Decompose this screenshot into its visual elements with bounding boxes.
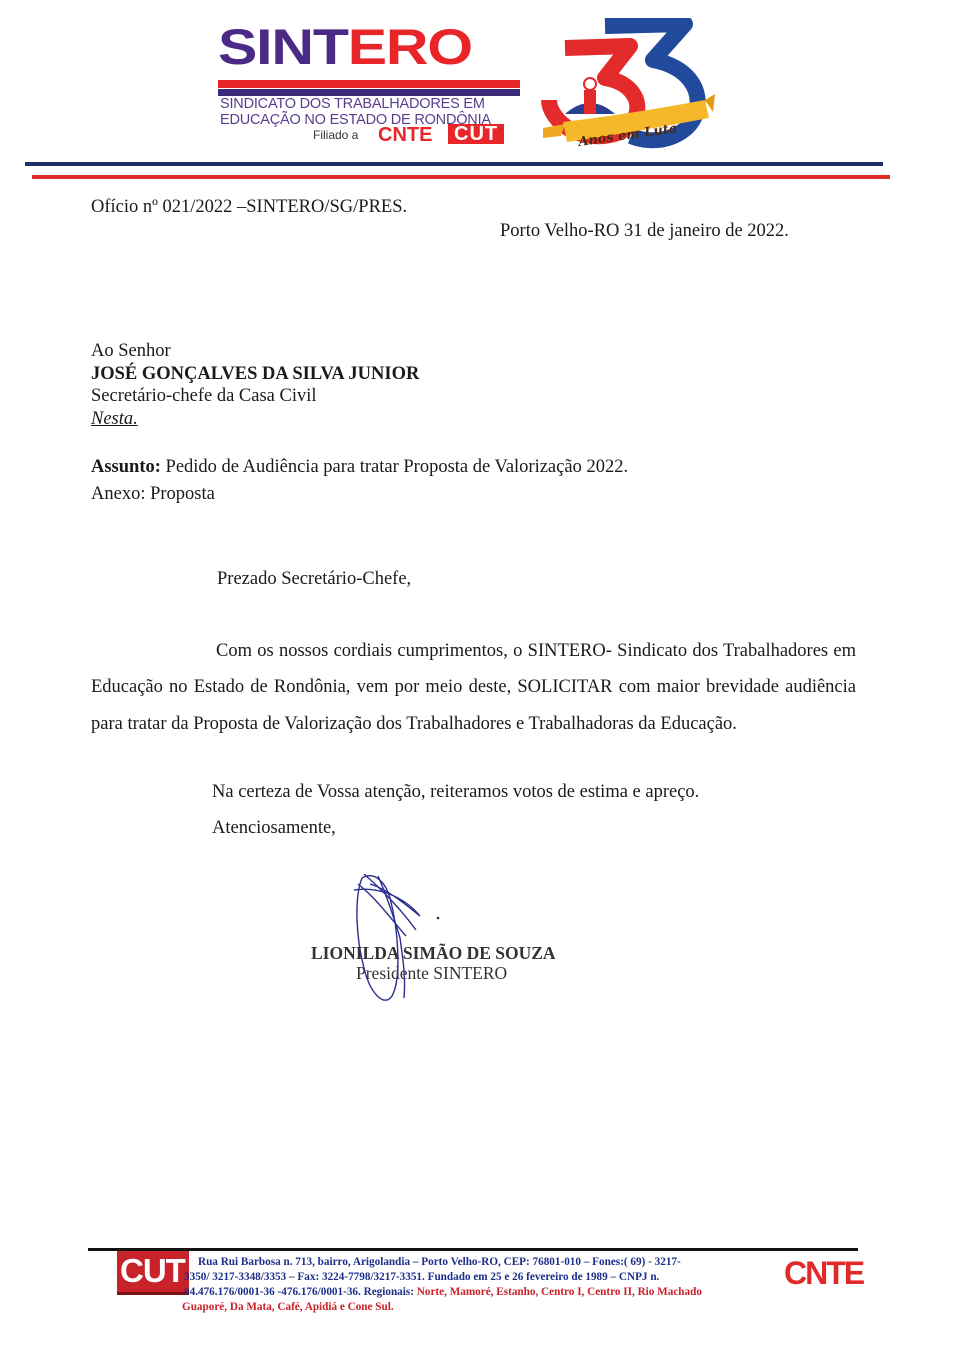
subject-text: Pedido de Audiência para tratar Proposta…	[161, 457, 628, 477]
oficio-number: Ofício nº 021/2022 –SINTERO/SG/PRES.	[91, 196, 407, 218]
sign-off: Atenciosamente,	[212, 817, 336, 839]
attachment-line: Anexo: Proposta	[91, 483, 215, 505]
cut-badge: CUT	[448, 124, 504, 144]
logo-title-part1: SINT	[218, 19, 348, 75]
header-rule-red	[32, 175, 890, 179]
header-rule-blue	[25, 162, 883, 166]
salutation: Prezado Secretário-Chefe,	[217, 568, 411, 590]
filiado-label: Filiado a	[313, 128, 358, 142]
anniversary-33-logo: Anos em Luta	[535, 18, 715, 153]
subject-line: Assunto: Pedido de Audiência para tratar…	[91, 456, 628, 478]
footer-line-2: 3350/ 3217-3348/3353 – Fax: 3224-7798/32…	[184, 1270, 782, 1285]
recipient-greeting: Ao Senhor	[91, 340, 419, 363]
logo-subtitle-line1: SINDICATO DOS TRABALHADORES EM	[220, 96, 485, 112]
footer-line-3: 04.476.176/0001-36 -476.176/0001-36. Reg…	[184, 1285, 782, 1300]
recipient-name: JOSÉ GONÇALVES DA SILVA JUNIOR	[91, 363, 419, 386]
recipient-title: Secretário-chefe da Casa Civil	[91, 385, 419, 408]
footer-line-1: Rua Rui Barbosa n. 713, bairro, Arigolan…	[182, 1255, 782, 1270]
footer-cut-logo: CUT	[117, 1251, 189, 1295]
footer-cnte-logo: CNTE	[784, 1255, 863, 1291]
footer-rule	[88, 1248, 858, 1251]
cut-logo-text: CUT	[120, 1253, 185, 1289]
footer-line-3-blue: 04.476.176/0001-36 -476.176/0001-36. Reg…	[184, 1286, 417, 1298]
footer-line-4: Guaporé, Da Mata, Café, Apidiá e Cone Su…	[182, 1300, 782, 1315]
subject-label: Assunto:	[91, 457, 161, 477]
anniversary-emblem-icon: Anos em Luta	[535, 18, 715, 153]
letter-date: Porto Velho-RO 31 de janeiro de 2022.	[500, 220, 789, 242]
logo-red-bar	[218, 80, 520, 88]
cnte-badge: CNTE	[378, 125, 432, 145]
logo-title-part2: ERO	[348, 19, 472, 75]
recipient-block: Ao Senhor JOSÉ GONÇALVES DA SILVA JUNIOR…	[91, 340, 419, 430]
sintero-logo: SINTERO SINDICATO DOS TRABALHADORES EM E…	[218, 22, 523, 146]
signature-icon	[350, 868, 460, 1008]
recipient-location: Nesta.	[91, 409, 138, 429]
closing-line: Na certeza de Vossa atenção, reiteramos …	[212, 781, 699, 803]
logo-title: SINTERO	[218, 22, 472, 72]
footer-line-3-red: Norte, Mamoré, Estanho, Centro I, Centro…	[417, 1286, 702, 1298]
logo-blue-bar	[218, 89, 520, 96]
body-paragraph: Com os nossos cordiais cumprimentos, o S…	[91, 633, 856, 742]
footer-address: Rua Rui Barbosa n. 713, bairro, Arigolan…	[182, 1255, 782, 1315]
